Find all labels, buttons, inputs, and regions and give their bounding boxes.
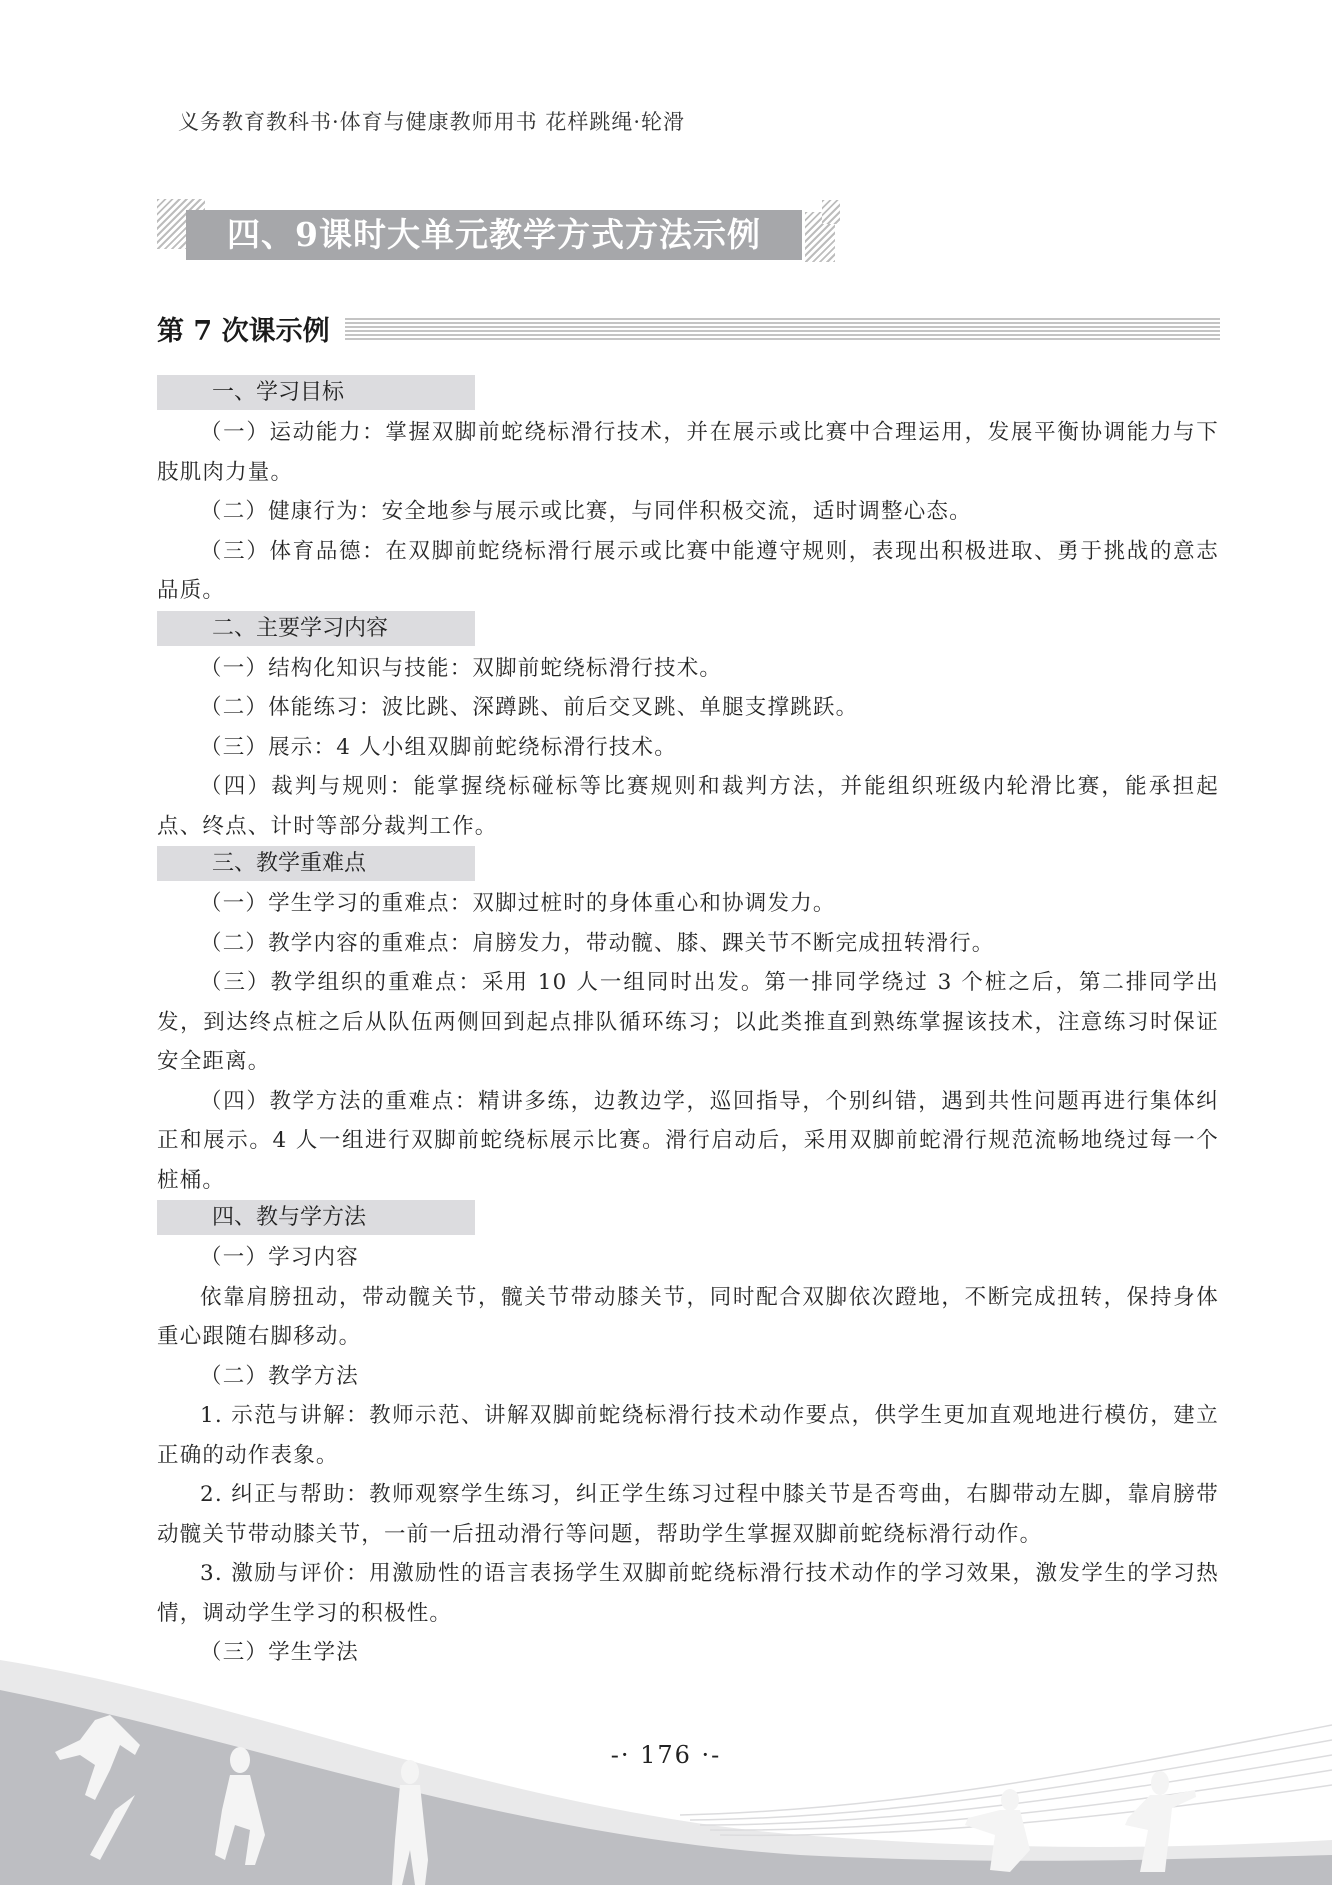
hatch-decoration-right-small (822, 200, 840, 224)
subheading: （二）教学方法 (157, 1357, 1219, 1397)
paragraph: （一）运动能力：掌握双脚前蛇绕标滑行技术，并在展示或比赛中合理运用，发展平衡协调… (157, 413, 1219, 492)
section-heading-learning-goals: 一、学习目标 (157, 375, 475, 410)
lesson-heading-rule (345, 318, 1220, 340)
paragraph: 2. 纠正与帮助：教师观察学生练习，纠正学生练习过程中膝关节是否弯曲，右脚带动左… (157, 1475, 1219, 1554)
paragraph: （三）展示：4 人小组双脚前蛇绕标滑行技术。 (157, 728, 1219, 768)
running-header: 义务教育教科书·体育与健康教师用书 花样跳绳·轮滑 (178, 106, 685, 136)
page-number: -· 176 ·- (0, 1741, 1332, 1769)
section-heading-teaching-methods: 四、教与学方法 (157, 1200, 475, 1235)
paragraph: 依靠肩膀扭动，带动髋关节，髋关节带动膝关节，同时配合双脚依次蹬地，不断完成扭转，… (157, 1278, 1219, 1357)
paragraph: 3. 激励与评价：用激励性的语言表扬学生双脚前蛇绕标滑行技术动作的学习效果，激发… (157, 1554, 1219, 1633)
chapter-title-banner: 四、9课时大单元教学方式方法示例 (157, 198, 847, 268)
paragraph: （二）健康行为：安全地参与展示或比赛，与同伴积极交流，适时调整心态。 (157, 492, 1219, 532)
section-heading-key-difficulties: 三、教学重难点 (157, 846, 475, 881)
paragraph: （一）学生学习的重难点：双脚过桩时的身体重心和协调发力。 (157, 884, 1219, 924)
lesson-heading: 第 7 次课示例 (157, 309, 330, 348)
paragraph: （二）教学内容的重难点：肩膀发力，带动髋、膝、踝关节不断完成扭转滑行。 (157, 924, 1219, 964)
paragraph: （三）教学组织的重难点：采用 10 人一组同时出发。第一排同学绕过 3 个桩之后… (157, 963, 1219, 1082)
paragraph: （四）裁判与规则：能掌握绕标碰标等比赛规则和裁判方法，并能组织班级内轮滑比赛，能… (157, 767, 1219, 846)
footer-skaters-decoration (0, 1660, 1332, 1885)
paragraph: （一）结构化知识与技能：双脚前蛇绕标滑行技术。 (157, 649, 1219, 689)
subheading: （一）学习内容 (157, 1238, 1219, 1278)
paragraph: （三）体育品德：在双脚前蛇绕标滑行展示或比赛中能遵守规则，表现出积极进取、勇于挑… (157, 532, 1219, 611)
section-heading-main-content: 二、主要学习内容 (157, 611, 475, 646)
paragraph: 1. 示范与讲解：教师示范、讲解双脚前蛇绕标滑行技术动作要点，供学生更加直观地进… (157, 1396, 1219, 1475)
page-content: 一、学习目标 （一）运动能力：掌握双脚前蛇绕标滑行技术，并在展示或比赛中合理运用… (157, 375, 1219, 1673)
paragraph: （四）教学方法的重难点：精讲多练，边教边学，巡回指导，个别纠错，遇到共性问题再进… (157, 1082, 1219, 1201)
chapter-title: 四、9课时大单元教学方式方法示例 (227, 211, 761, 259)
paragraph: （二）体能练习：波比跳、深蹲跳、前后交叉跳、单腿支撑跳跃。 (157, 688, 1219, 728)
